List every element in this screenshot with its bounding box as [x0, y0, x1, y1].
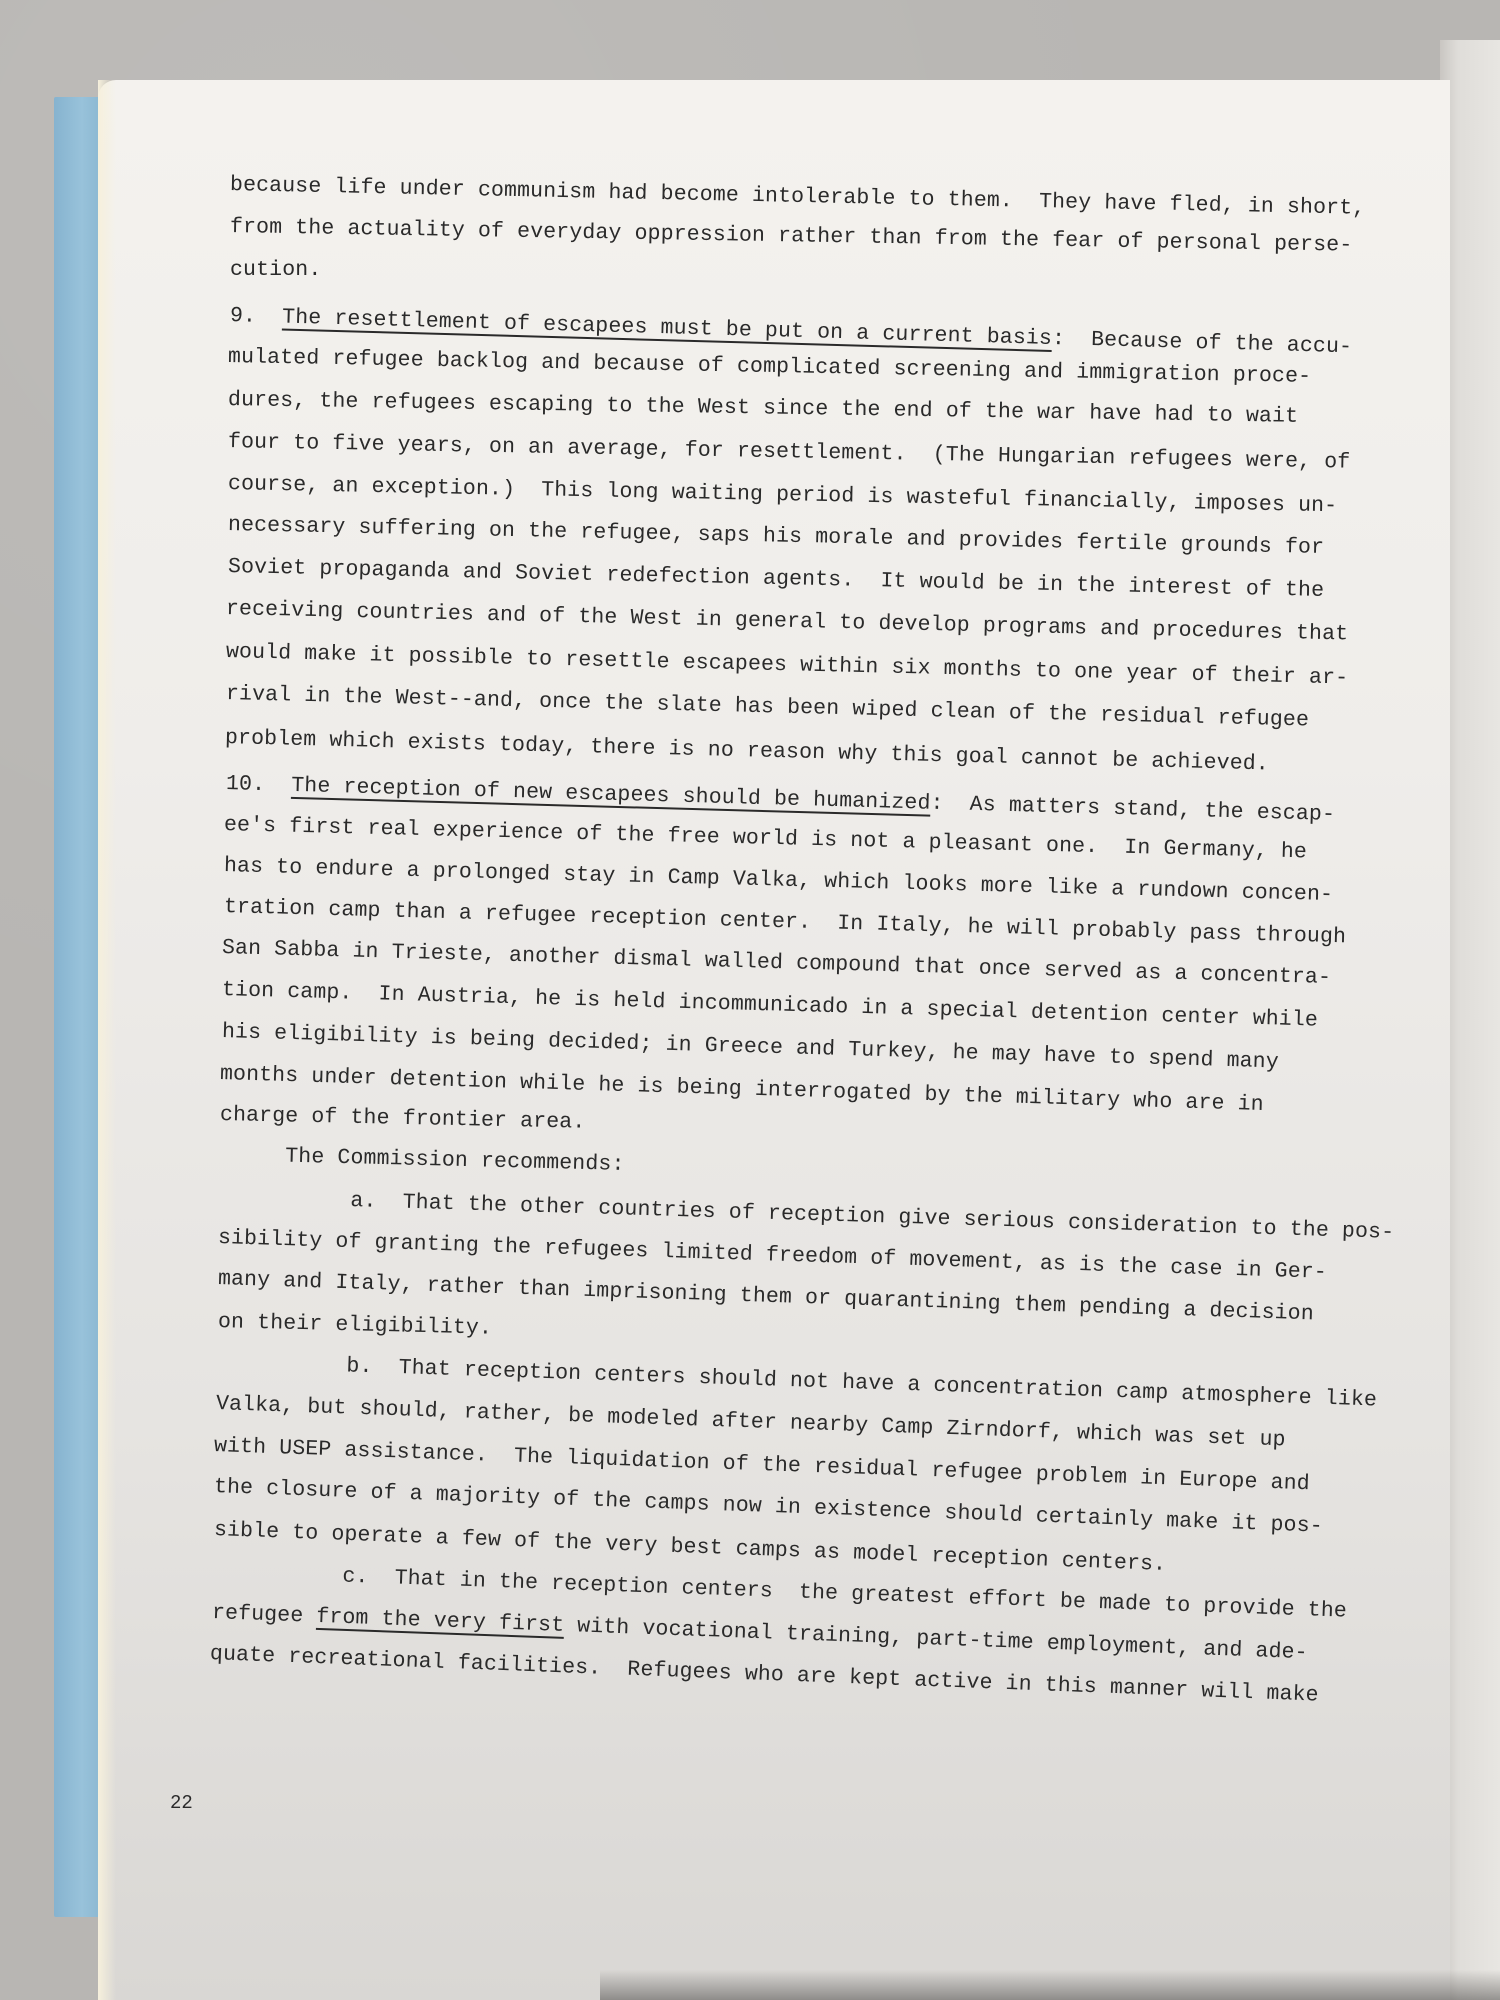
line-suffix: : As matters stand, the escap- [930, 792, 1335, 827]
line-prefix: 9. [230, 304, 283, 329]
text-line: problem which exists today, there is no … [225, 726, 1269, 776]
text-line: receiving countries and of the West in g… [226, 597, 1349, 646]
text-line: rival in the West--and, once the slate h… [226, 682, 1310, 732]
document-page: because life under communism had become … [98, 80, 1450, 2000]
text-line: because life under communism had become … [230, 173, 1366, 221]
text-line: would make it possible to resettle escap… [226, 640, 1349, 690]
text-line: cution. [230, 258, 321, 282]
text-line: dures, the refugees escaping to the West… [228, 388, 1299, 429]
line-suffix: : Because of the accu- [1052, 327, 1353, 359]
body-text: because life under communism had become … [98, 80, 1450, 2000]
underlined-heading: from the very first [316, 1605, 565, 1638]
text-line: charge of the frontier area. [220, 1103, 586, 1135]
line-prefix: 10. [226, 772, 292, 798]
underlined-heading: The resettlement of escapees must be put… [282, 305, 1052, 350]
line-prefix: refugee [212, 1601, 317, 1629]
text-line: four to five years, on an average, for r… [228, 430, 1351, 475]
text-line: The Commission recommends: [220, 1143, 625, 1177]
line-suffix: with vocational training, part-time empl… [564, 1614, 1308, 1665]
bottom-shadow [600, 1970, 1500, 2000]
text-line: Soviet propaganda and Soviet redefection… [228, 555, 1325, 603]
underlined-heading: The reception of new escapees should be … [291, 774, 931, 816]
page-number: 22 [170, 1792, 193, 1814]
text-line: necessary suffering on the refugee, saps… [228, 513, 1325, 560]
blue-cover-edge [54, 97, 100, 1917]
text-line: from the actuality of everyday oppressio… [230, 215, 1353, 258]
text-line: course, an exception.) This long waiting… [228, 472, 1338, 518]
text-line: on their eligibility. [218, 1310, 493, 1341]
